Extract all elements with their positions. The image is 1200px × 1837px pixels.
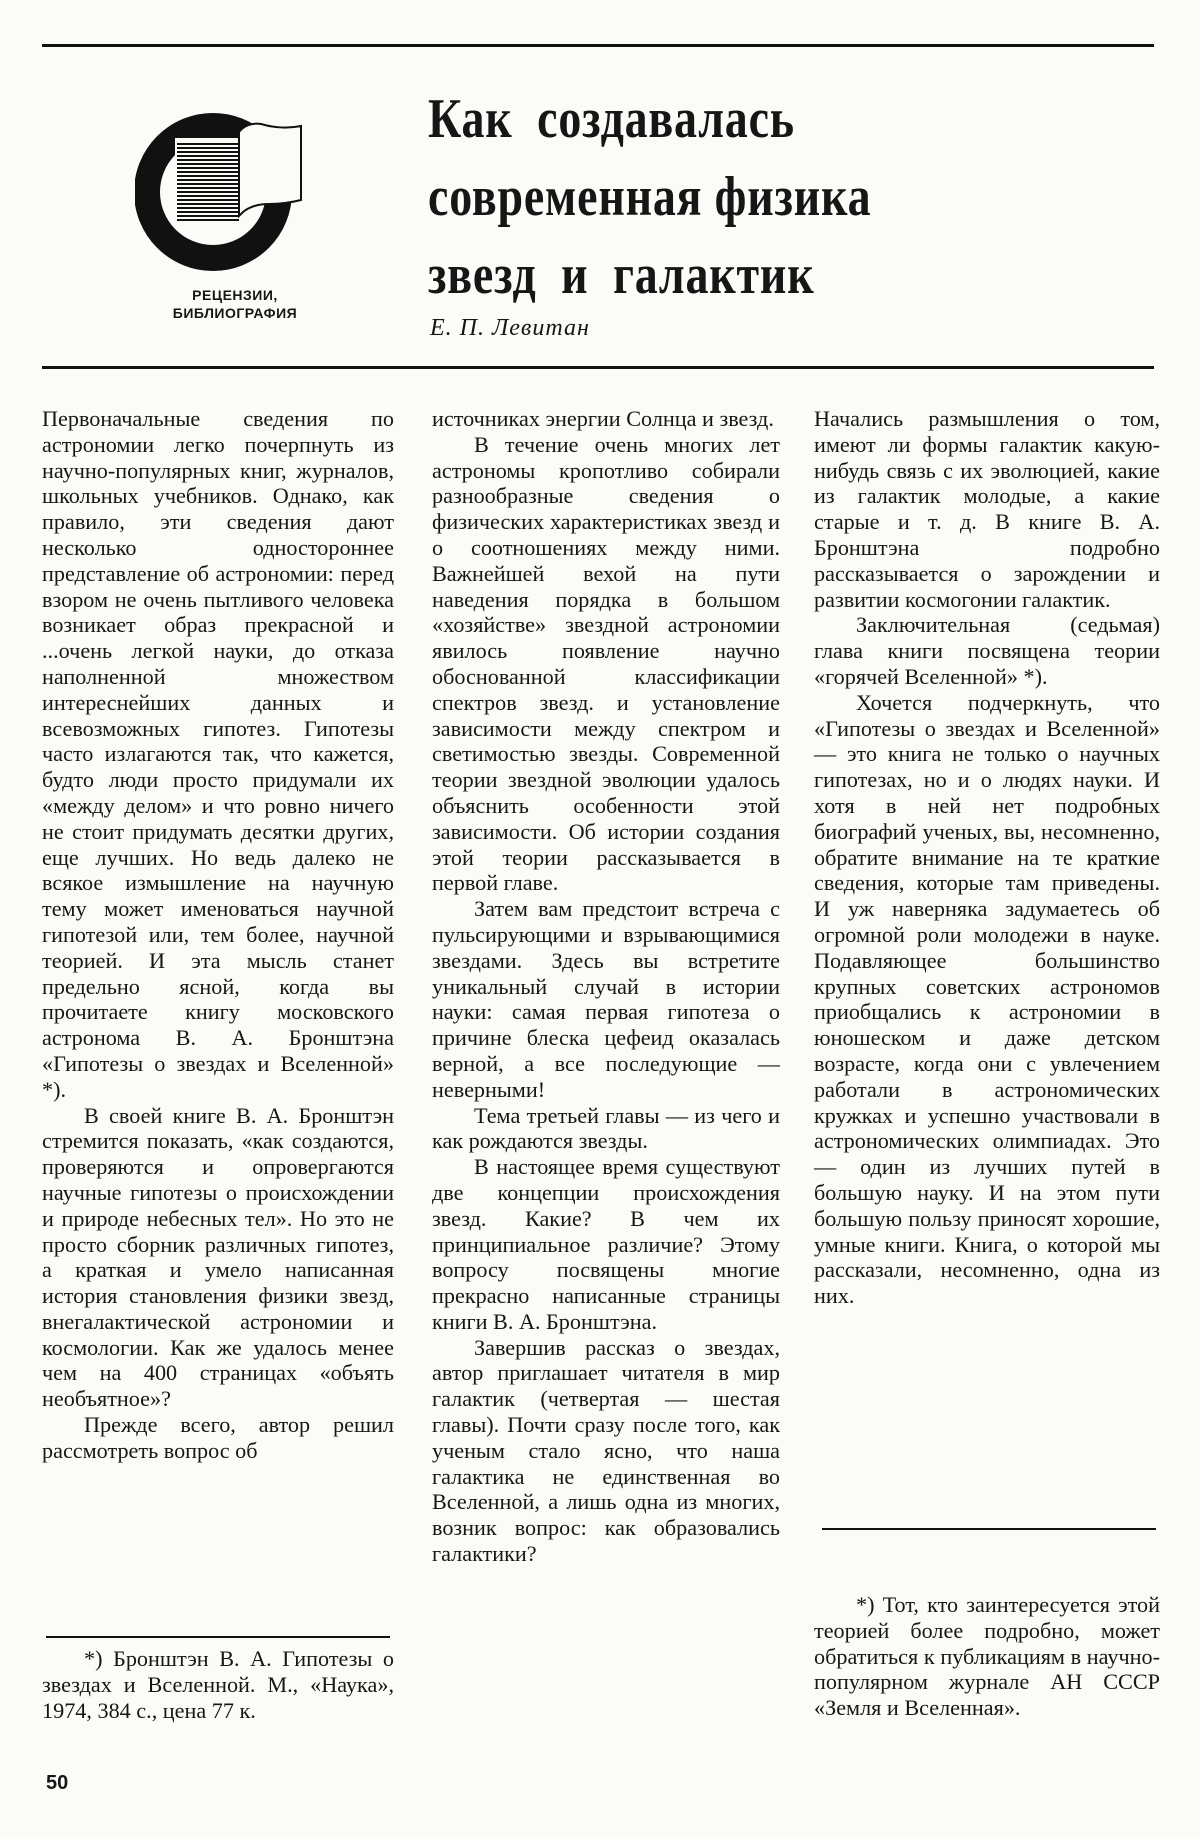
paragraph: Начались размышления о том, имеют ли фор… — [814, 406, 1160, 612]
top-rule — [42, 44, 1154, 47]
article-title: Как создавалась современная физика звезд… — [428, 80, 1018, 314]
footnote-rule — [46, 1636, 390, 1638]
paragraph: Хочется подчеркнуть, что «Гипотезы о зве… — [814, 690, 1160, 1309]
paragraph: источниках энергии Солнца и звезд. — [432, 406, 780, 432]
section-rubric: РЕЦЕНЗИИ, БИБЛИОГРАФИЯ — [140, 286, 330, 322]
paragraph: Завершив рассказ о звездах, автор пригла… — [432, 1335, 780, 1567]
title-line: Как создавалась — [428, 80, 1018, 158]
paragraph: В своей книге В. А. Бронштэн стремится п… — [42, 1103, 394, 1413]
rubric-line: БИБЛИОГРАФИЯ — [140, 304, 330, 322]
footnote-text: *) Тот, кто заинтересуется этой теорией … — [814, 1592, 1160, 1721]
paragraph: Прежде всего, автор решил рассмотреть во… — [42, 1412, 394, 1464]
paragraph: Заключительная (седьмая) глава книги пос… — [814, 612, 1160, 689]
footnote-rule — [822, 1528, 1156, 1530]
paragraph: Тема третьей главы — из чего и как рожда… — [432, 1103, 780, 1155]
paragraph: Первоначальные сведения по астрономии ле… — [42, 406, 394, 1103]
paragraph: В течение очень многих лет астрономы кро… — [432, 432, 780, 896]
text-column-3: Начались размышления о том, имеют ли фор… — [814, 406, 1160, 1309]
footnote-text: *) Бронштэн В. А. Гипотезы о звездах и В… — [42, 1646, 394, 1723]
header-rule — [42, 366, 1154, 369]
paragraph: В настоящее время существуют две концепц… — [432, 1154, 780, 1335]
article-author: Е. П. Левитан — [430, 315, 590, 342]
rubric-line: РЕЦЕНЗИИ, — [140, 286, 330, 304]
footnote-1: *) Бронштэн В. А. Гипотезы о звездах и В… — [42, 1646, 394, 1723]
page-number: 50 — [46, 1772, 68, 1795]
paragraph: Затем вам предстоит встреча с пульсирующ… — [432, 896, 780, 1102]
reviews-section-logo-icon — [135, 100, 335, 280]
text-column-2: источниках энергии Солнца и звезд. В теч… — [432, 406, 780, 1567]
footnote-3: *) Тот, кто заинтересуется этой теорией … — [814, 1592, 1160, 1721]
title-line: звезд и галактик — [428, 236, 1018, 314]
text-column-1: Первоначальные сведения по астрономии ле… — [42, 406, 394, 1464]
title-line: современная физика — [428, 158, 1018, 236]
